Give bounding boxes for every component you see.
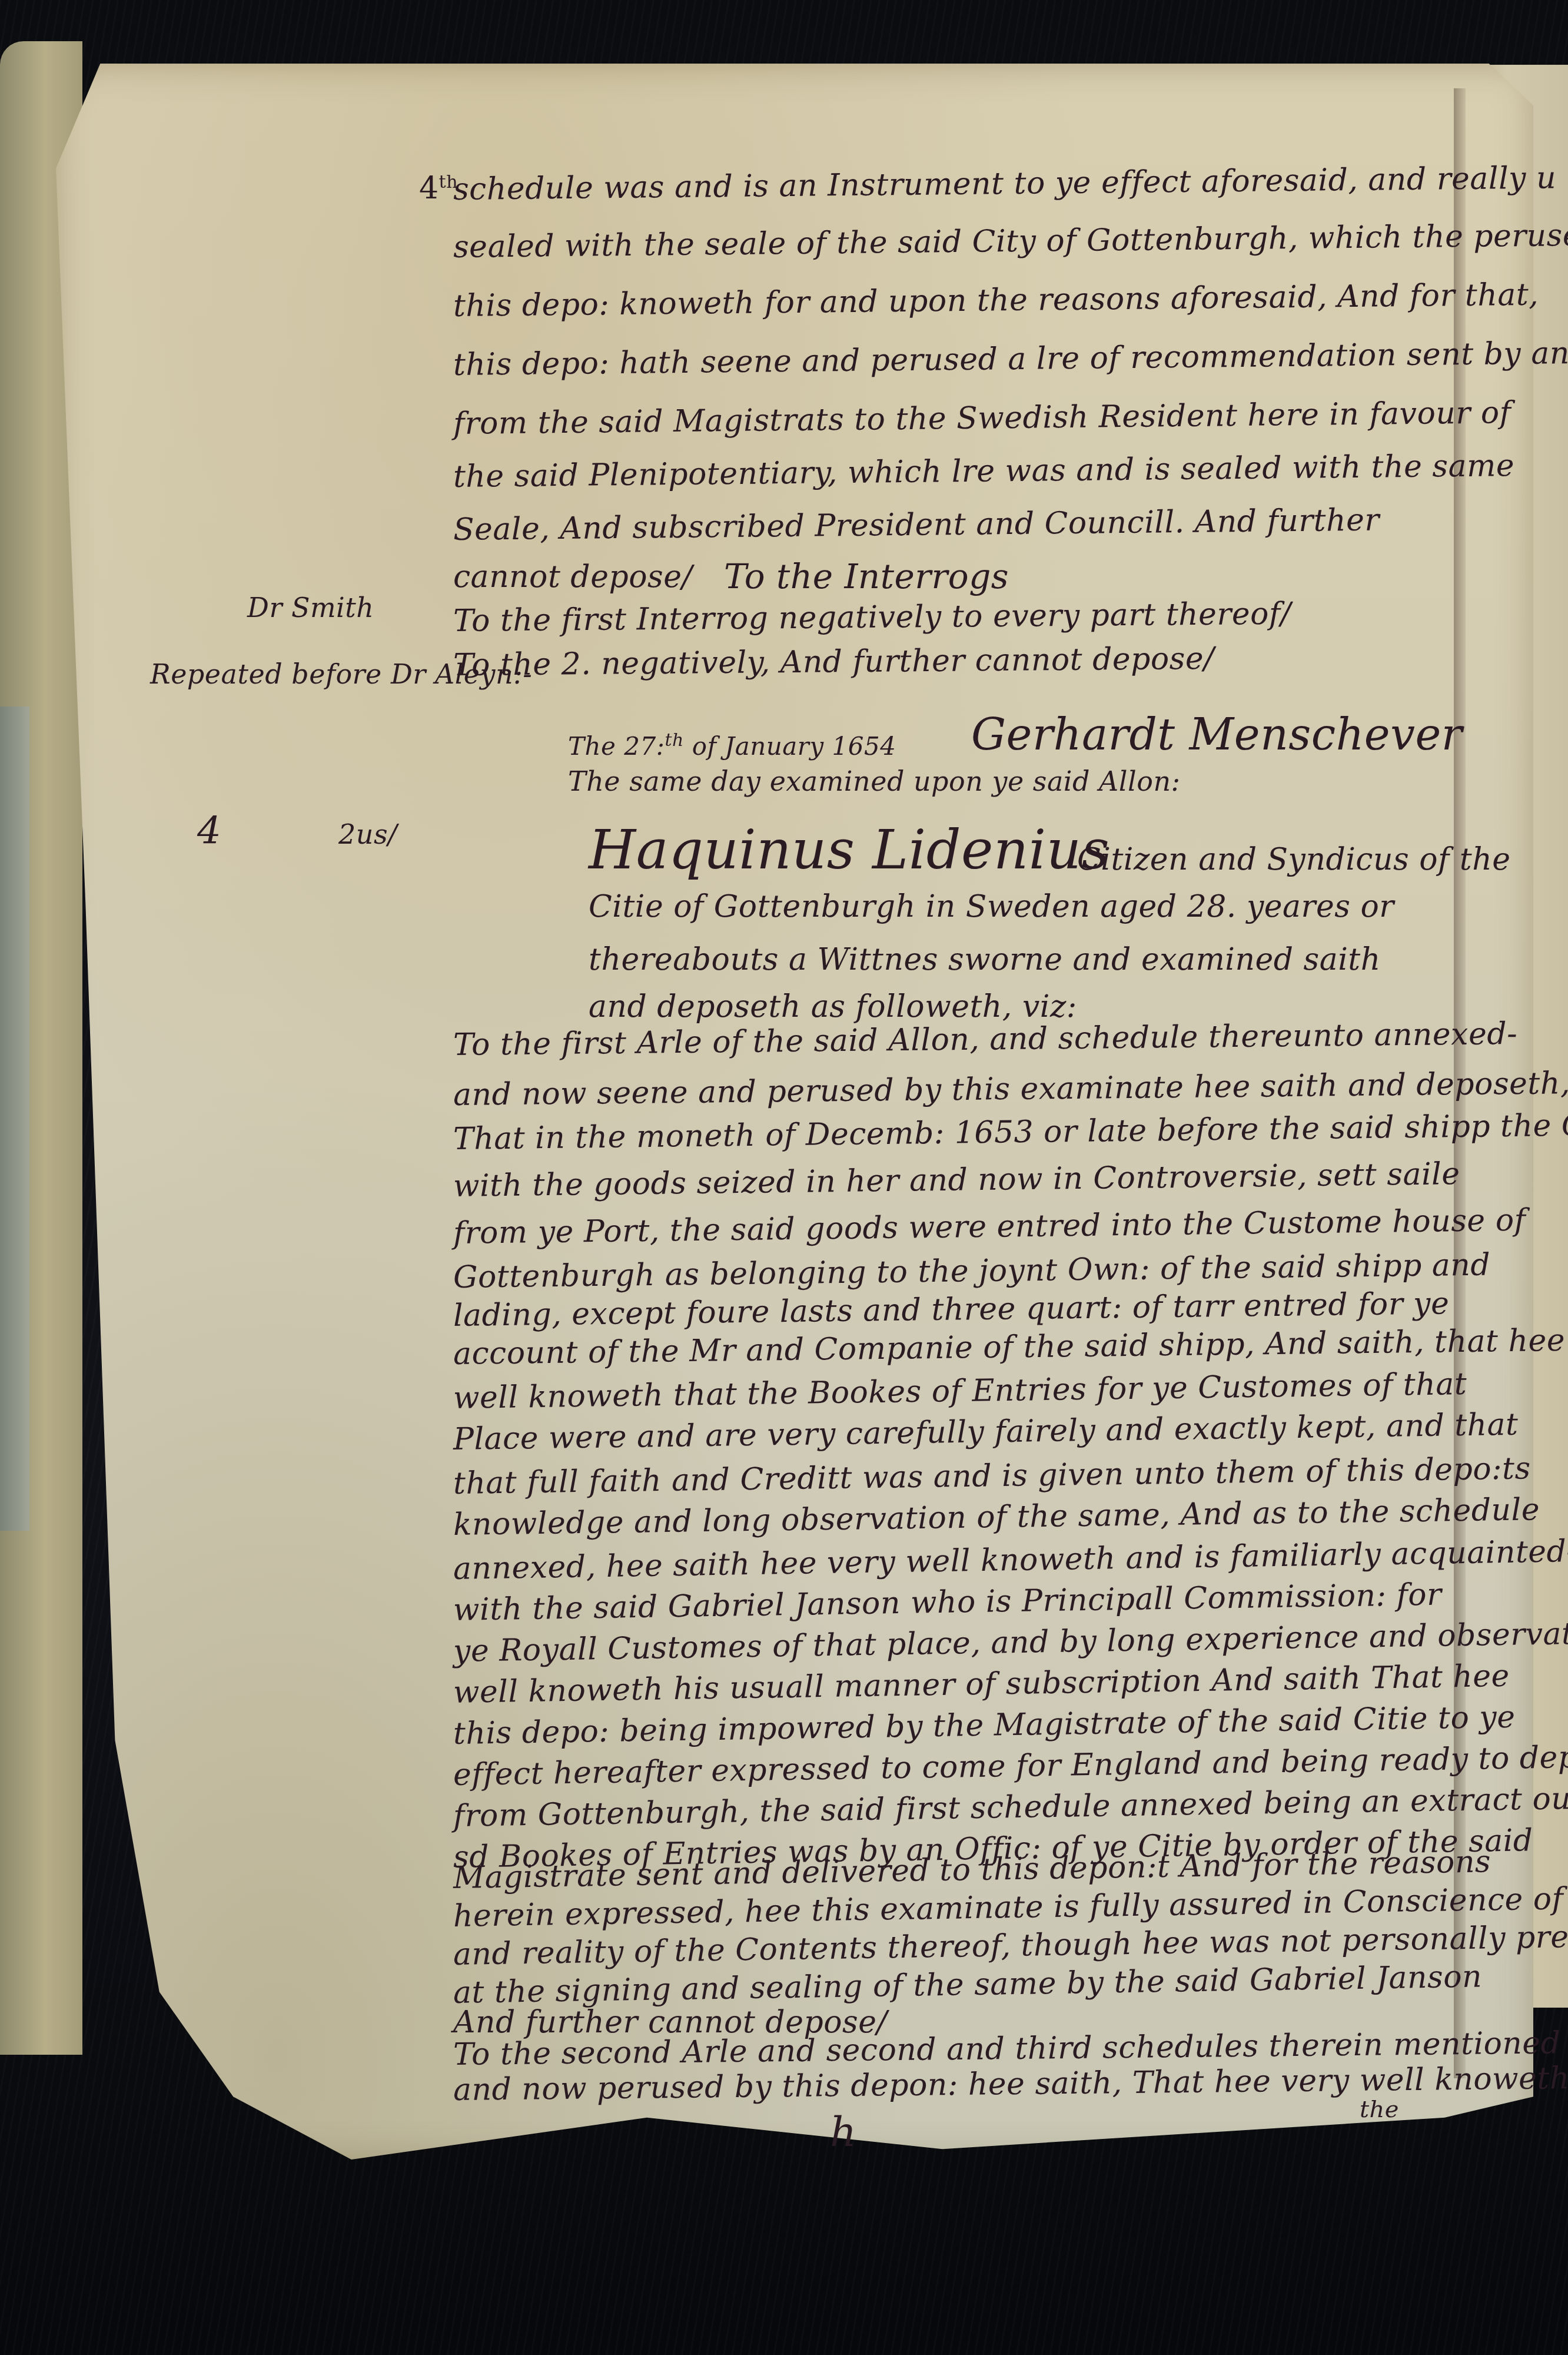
- witness-name: Haquinus Lidenius: [589, 818, 1109, 881]
- interrogatories-heading: To the Interrogs: [724, 556, 1009, 596]
- witness-margin-ordinal: 2us/: [338, 818, 397, 850]
- session-line: The same day examined upon ye said Allon…: [568, 765, 1181, 797]
- witness-line-4: and deposeth as followeth, viz:: [589, 989, 1077, 1024]
- catchword: the: [1360, 2096, 1399, 2123]
- p1-line-8: cannot depose/: [453, 559, 692, 595]
- binding-strip: [0, 706, 29, 1531]
- folio-mark: h: [830, 2108, 857, 2156]
- margin-note-dr-smith: Dr Smith: [247, 592, 374, 623]
- witness-line-1: Citizen and Syndicus of the: [1077, 842, 1510, 877]
- interrogatory-2: To the 2. negatively, And further cannot…: [453, 641, 1215, 683]
- witness-line-3: thereabouts a Wittnes sworne and examine…: [589, 942, 1381, 977]
- signature: Gerhardt Menschever: [971, 709, 1463, 760]
- witness-line-2: Citie of Gottenburgh in Sweden aged 28. …: [589, 889, 1394, 924]
- session-date: The 27:th of January 1654: [568, 730, 896, 761]
- interrogatory-1: To the first Interrog negatively to ever…: [453, 596, 1291, 639]
- witness-margin-number: 4: [197, 810, 221, 853]
- paragraph-number: 4th: [419, 171, 458, 206]
